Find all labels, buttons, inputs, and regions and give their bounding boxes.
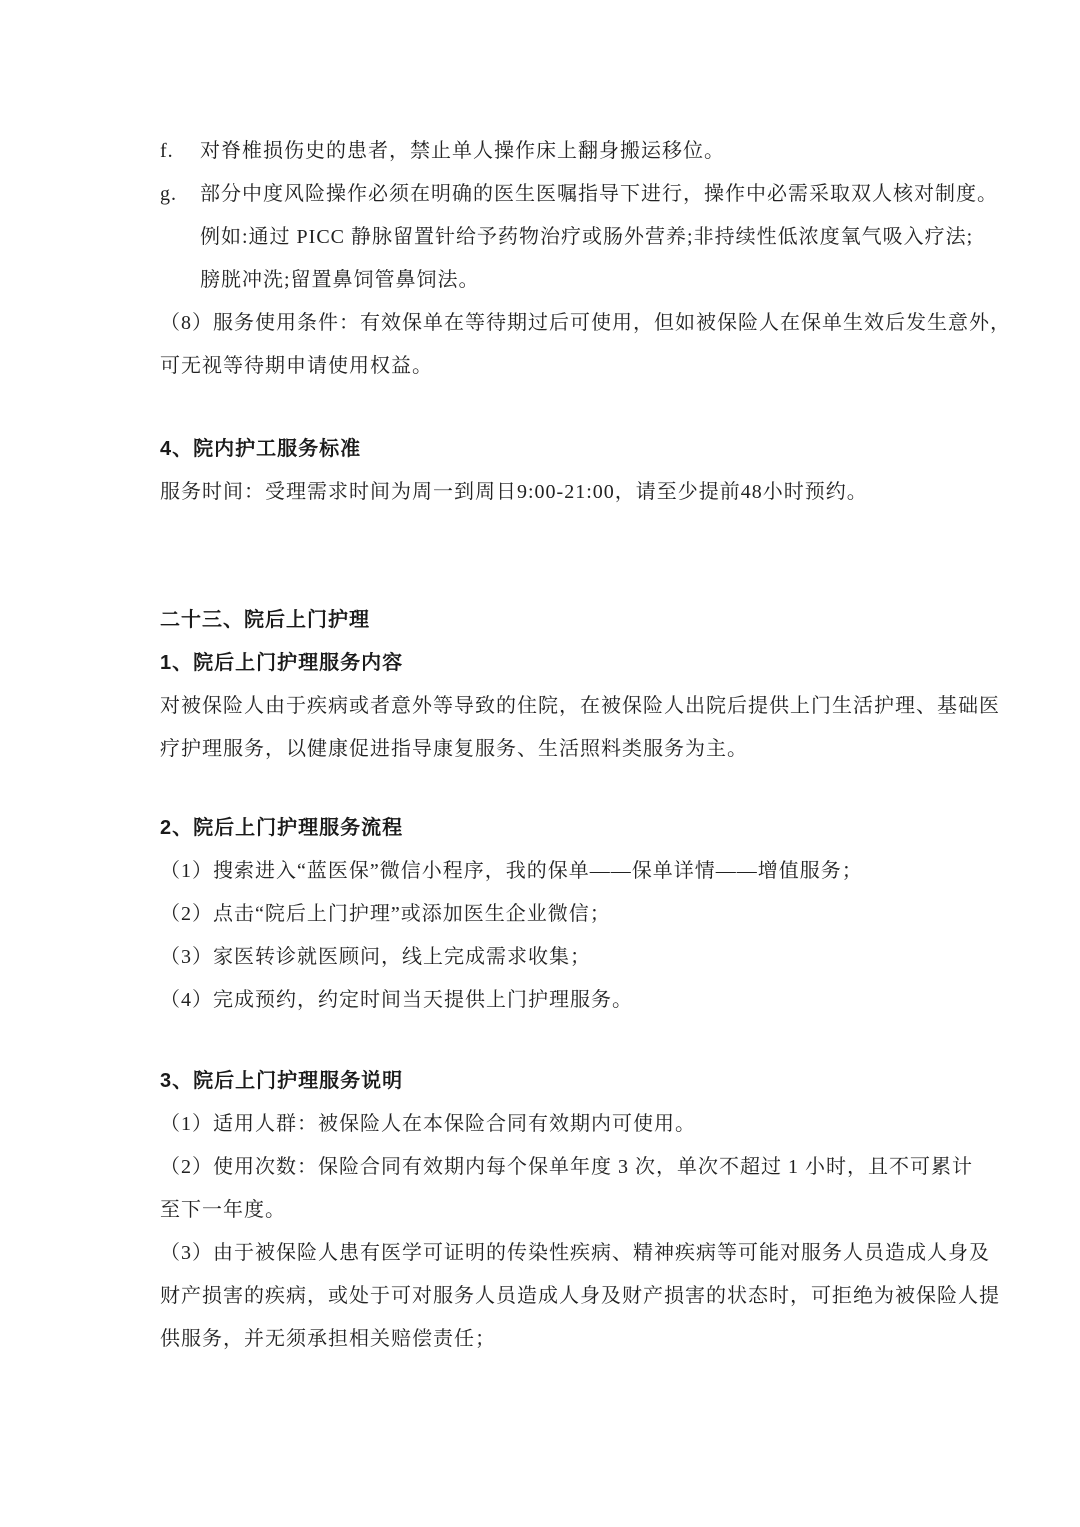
text-line: 膀胱冲洗;留置鼻饲管鼻饲法。 [200,259,998,302]
section-heading: 1、院后上门护理服务内容 [160,642,935,685]
text-line: 对被保险人由于疾病或者意外等导致的住院，在被保险人出院后提供上门生活护理、基础医 [160,685,935,728]
text-line: （1）适用人群：被保险人在本保险合同有效期内可使用。 [160,1103,935,1146]
list-item-body: 对脊椎损伤史的患者，禁止单人操作床上翻身搬运移位。 [200,130,935,173]
text-line: 可无视等待期申请使用权益。 [160,345,935,388]
text-line: 二十三、院后上门护理 [160,599,935,642]
text-line: 部分中度风险操作必须在明确的医生医嘱指导下进行，操作中必需采取双人核对制度。 [200,173,998,216]
text-line: （2）点击“院后上门护理”或添加医生企业微信； [160,893,935,936]
text-line: （3）由于被保险人患有医学可证明的传染性疾病、精神疾病等可能对服务人员造成人身及 [160,1232,935,1275]
text-line: 对脊椎损伤史的患者，禁止单人操作床上翻身搬运移位。 [200,130,935,173]
list-item: f.对脊椎损伤史的患者，禁止单人操作床上翻身搬运移位。 [160,130,935,173]
paragraph-spacer [160,1022,935,1060]
document-content: f.对脊椎损伤史的患者，禁止单人操作床上翻身搬运移位。g.部分中度风险操作必须在… [0,0,1080,1361]
body-paragraph: （2）点击“院后上门护理”或添加医生企业微信； [160,893,935,936]
paragraph-spacer [160,388,935,428]
text-line: 供服务，并无须承担相关赔偿责任； [160,1318,935,1361]
text-line: 疗护理服务，以健康促进指导康复服务、生活照料类服务为主。 [160,728,935,771]
text-line: 财产损害的疾病，或处于可对服务人员造成人身及财产损害的状态时，可拒绝为被保险人提 [160,1275,935,1318]
body-paragraph: （1）适用人群：被保险人在本保险合同有效期内可使用。 [160,1103,935,1146]
body-paragraph: （2）使用次数：保险合同有效期内每个保单年度 3 次，单次不超过 1 小时，且不… [160,1146,935,1232]
body-paragraph: （3）由于被保险人患有医学可证明的传染性疾病、精神疾病等可能对服务人员造成人身及… [160,1232,935,1361]
text-line: 服务时间：受理需求时间为周一到周日9:00-21:00，请至少提前48小时预约。 [160,471,935,514]
paragraph-spacer [160,514,935,599]
text-line: （2）使用次数：保险合同有效期内每个保单年度 3 次，单次不超过 1 小时，且不… [160,1146,935,1189]
text-line: 例如:通过 PICC 静脉留置针给予药物治疗或肠外营养;非持续性低浓度氧气吸入疗… [200,216,998,259]
list-item-body: 部分中度风险操作必须在明确的医生医嘱指导下进行，操作中必需采取双人核对制度。例如… [200,173,998,302]
section-heading: 二十三、院后上门护理 [160,599,935,642]
body-paragraph: （1）搜索进入“蓝医保”微信小程序，我的保单——保单详情——增值服务； [160,850,935,893]
body-paragraph: （8）服务使用条件：有效保单在等待期过后可使用，但如被保险人在保单生效后发生意外… [160,302,935,388]
text-line: （3）家医转诊就医顾问，线上完成需求收集； [160,936,935,979]
list-item-marker: g. [160,173,200,302]
list-item-marker: f. [160,130,200,173]
text-line: （4）完成预约，约定时间当天提供上门护理服务。 [160,979,935,1022]
text-line: （1）搜索进入“蓝医保”微信小程序，我的保单——保单详情——增值服务； [160,850,935,893]
text-line: 4、院内护工服务标准 [160,428,935,471]
text-line: 3、院后上门护理服务说明 [160,1060,935,1103]
text-line: 至下一年度。 [160,1189,935,1232]
text-line: 2、院后上门护理服务流程 [160,807,935,850]
body-paragraph: （4）完成预约，约定时间当天提供上门护理服务。 [160,979,935,1022]
list-item: g.部分中度风险操作必须在明确的医生医嘱指导下进行，操作中必需采取双人核对制度。… [160,173,935,302]
text-line: 1、院后上门护理服务内容 [160,642,935,685]
text-line: （8）服务使用条件：有效保单在等待期过后可使用，但如被保险人在保单生效后发生意外… [160,302,935,345]
section-heading: 4、院内护工服务标准 [160,428,935,471]
body-paragraph: 服务时间：受理需求时间为周一到周日9:00-21:00，请至少提前48小时预约。 [160,471,935,514]
body-paragraph: 对被保险人由于疾病或者意外等导致的住院，在被保险人出院后提供上门生活护理、基础医… [160,685,935,771]
section-heading: 2、院后上门护理服务流程 [160,807,935,850]
section-heading: 3、院后上门护理服务说明 [160,1060,935,1103]
document-page: f.对脊椎损伤史的患者，禁止单人操作床上翻身搬运移位。g.部分中度风险操作必须在… [0,0,1080,1527]
body-paragraph: （3）家医转诊就医顾问，线上完成需求收集； [160,936,935,979]
paragraph-spacer [160,771,935,807]
